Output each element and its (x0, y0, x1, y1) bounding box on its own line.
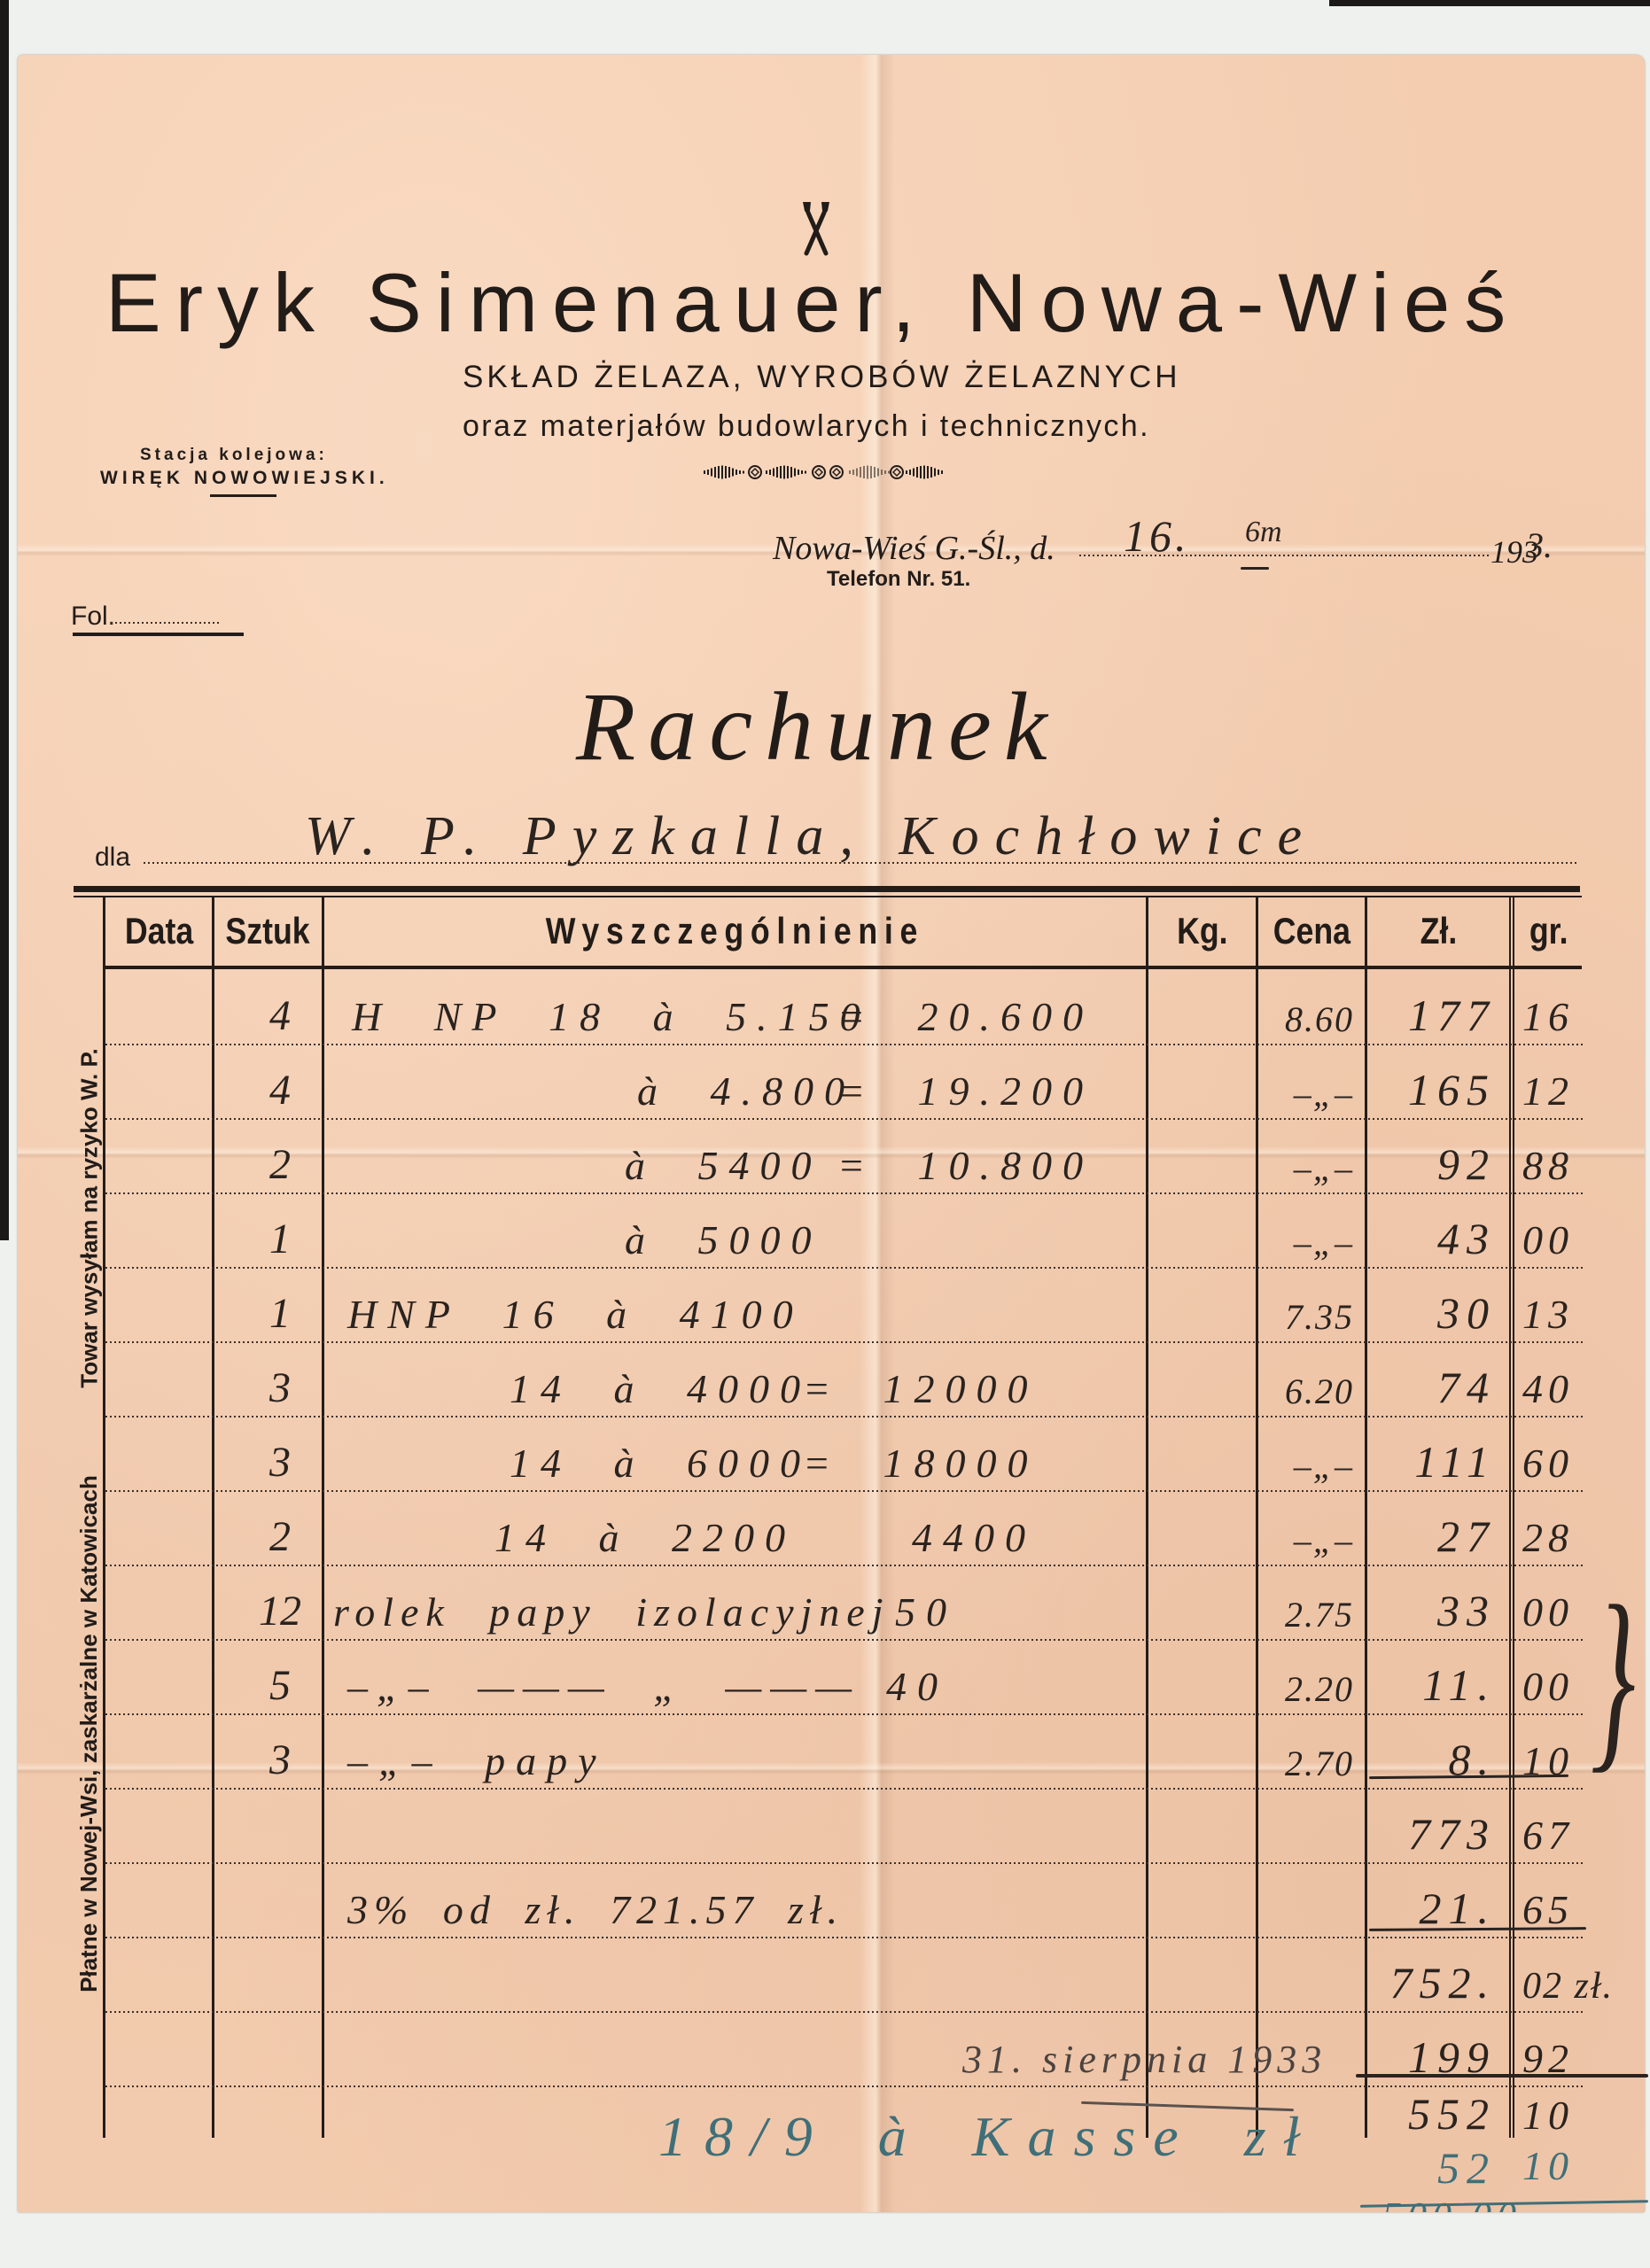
column-header-kg: Kg. (1148, 897, 1256, 966)
settlement-date: 31. sierpnia 1933 (962, 2040, 1327, 2079)
table-row-discount: 3% od zł. 721.57 zł. 21. 65 (0, 1863, 1650, 1938)
scanner-edge-top (1329, 0, 1650, 6)
total-grosz: 02 zł. (1522, 1968, 1614, 2005)
balance-grosz: 10 (1522, 2095, 1574, 2136)
month-dash (1241, 567, 1269, 570)
calculation-cell: = 18000 (803, 1443, 1039, 1484)
price-cell: –„– (1294, 1523, 1354, 1558)
discount-grosz: 65 (1522, 1890, 1574, 1930)
discount-description: 3% od zł. 721.57 zł. (347, 1890, 844, 1930)
folio-rule (73, 633, 244, 636)
company-line-1: SKŁAD ŻELAZA, WYROBÓW ŻELAZNYCH (463, 361, 1181, 392)
phone-number: Telefon Nr. 51. (827, 569, 970, 590)
quantity-cell: 3 (236, 1441, 324, 1484)
curly-brace-icon: } (1591, 1575, 1636, 1779)
grosz-cell: 88 (1522, 1146, 1574, 1186)
grosz-cell: 00 (1522, 1220, 1574, 1261)
description-cell: H NP 18 à 5.150 (352, 997, 871, 1037)
description-cell: 14 à 2200 (494, 1518, 796, 1558)
struck-amount: 500.00 (1382, 2197, 1522, 2212)
date-month: 6m (1245, 517, 1282, 548)
grosz-cell: 40 (1522, 1369, 1574, 1410)
zloty-cell: 92 (1437, 1142, 1496, 1186)
column-header-label: Sztuk (226, 913, 310, 950)
price-cell: –„– (1294, 1076, 1354, 1112)
description-cell: 14 à 4000 (510, 1369, 811, 1410)
description-cell: –„– papy (347, 1741, 607, 1782)
year-written: 3. (1526, 528, 1553, 563)
grosz-cell: 13 (1522, 1294, 1574, 1335)
table-row: 3 14 à 6000 = 18000 –„– 111 60 (0, 1417, 1650, 1491)
zloty-cell: 165 (1408, 1068, 1496, 1112)
table-row-total: 752. 02 zł. (0, 1938, 1650, 2012)
grosz-cell: 16 (1522, 997, 1574, 1037)
calculation-cell: = 19.200 (837, 1071, 1094, 1112)
balance-zloty: 552 (1408, 2092, 1496, 2136)
ornamental-rule-icon (702, 463, 944, 481)
calculation-cell: 50 (895, 1592, 957, 1633)
grosz-cell: 12 (1522, 1071, 1574, 1112)
company-name: Eryk Simenauer, Nowa-Wieś (105, 261, 1520, 345)
table-header-rule (104, 966, 1582, 969)
paid-zloty: 52 (1437, 2146, 1496, 2190)
calculation-cell: = 12000 (803, 1369, 1039, 1410)
quantity-cell: 1 (236, 1293, 324, 1335)
zloty-cell: 177 (1408, 993, 1496, 1037)
zloty-cell: 43 (1437, 1216, 1496, 1261)
description-cell: à 4.800 (637, 1071, 855, 1112)
zloty-cell: 74 (1437, 1365, 1496, 1410)
crossed-hammers-icon (800, 199, 832, 258)
grosz-cell: 60 (1522, 1443, 1574, 1484)
date-day: 16. (1124, 514, 1190, 558)
calculation-cell: 40 (886, 1666, 948, 1707)
calculation-cell: = 20.600 (837, 997, 1094, 1037)
struck-amount-clip: 500.00 (1382, 2197, 1595, 2212)
price-cell: –„– (1294, 1151, 1354, 1186)
quantity-cell: 3 (236, 1367, 324, 1410)
station-underline (210, 494, 276, 497)
price-cell: 8.60 (1285, 1002, 1354, 1037)
price-cell: 2.70 (1285, 1746, 1354, 1782)
table-row: 2 14 à 2200 4400 –„– 27 28 (0, 1491, 1650, 1565)
table-row: 4 à 4.800 = 19.200 –„– 165 12 (0, 1045, 1650, 1119)
quantity-cell: 1 (236, 1218, 324, 1261)
zloty-cell: 30 (1437, 1291, 1496, 1335)
quantity-cell: 12 (236, 1590, 324, 1633)
payment-zloty: 199 (1408, 2035, 1496, 2079)
quantity-cell: 4 (236, 995, 324, 1037)
column-header-description: Wyszczególnienie (324, 897, 1146, 966)
table-row: 1 à 5000 –„– 43 00 (0, 1193, 1650, 1268)
calculation-cell: = 10.800 (837, 1146, 1094, 1186)
zloty-cell: 111 (1414, 1440, 1496, 1484)
folio-dotted-line (111, 622, 219, 624)
column-header-label: Wyszczególnienie (546, 913, 924, 950)
column-header-label: Cena (1273, 913, 1350, 950)
table-row: 4 H NP 18 à 5.150 = 20.600 8.60 177 16 (0, 970, 1650, 1045)
column-header-label: Kg. (1177, 913, 1228, 950)
zloty-cell: 33 (1437, 1588, 1496, 1633)
subtotal-grosz: 67 (1522, 1815, 1574, 1856)
place-date-prefix: Nowa-Wieś G.-Śl., d. (773, 532, 1055, 565)
description-cell: à 5000 (625, 1220, 822, 1261)
quantity-cell: 2 (236, 1516, 324, 1558)
column-header-gr: gr. (1515, 897, 1582, 966)
column-header-sztuk: Sztuk (214, 897, 322, 966)
table-row: 5 –„– ——— „ ——— 40 2.20 11. 00 (0, 1640, 1650, 1714)
column-header-label: Data (125, 913, 193, 950)
paid-grosz: 10 (1522, 2146, 1574, 2186)
description-cell: –„– ——— „ ——— (347, 1666, 860, 1707)
price-cell: 7.35 (1285, 1300, 1354, 1335)
quantity-cell: 3 (236, 1739, 324, 1782)
table-row: 3 14 à 4000 = 12000 6.20 74 40 (0, 1342, 1650, 1417)
document-title: Rachunek (576, 678, 1060, 775)
balance-underline (1356, 2074, 1648, 2078)
station-name: WIRĘK NOWOWIEJSKI. (100, 469, 389, 487)
grosz-cell: 00 (1522, 1666, 1574, 1707)
recipient-label: dla (95, 844, 130, 871)
table-top-thick-rule (74, 886, 1580, 892)
total-zloty: 752. (1390, 1961, 1497, 2005)
subtotal-zloty: 773 (1408, 1812, 1496, 1856)
description-cell: rolek papy izolacyjnej (333, 1592, 891, 1633)
description-cell: HNP 16 à 4100 (347, 1294, 804, 1335)
price-cell: –„– (1294, 1449, 1354, 1484)
calculation-cell: 4400 (912, 1518, 1036, 1558)
company-line-2: oraz materjałów budowlarych i techniczny… (463, 411, 1150, 441)
recipient-name: W. P. Pyzkalla, Kochłowice (305, 809, 1318, 864)
station-label: Stacja kolejowa: (140, 447, 328, 463)
description-cell: 14 à 6000 (510, 1443, 811, 1484)
discount-zloty: 21. (1420, 1886, 1497, 1930)
table-row: 12 rolek papy izolacyjnej 50 2.75 33 00 (0, 1565, 1650, 1640)
grosz-cell: 00 (1522, 1592, 1574, 1633)
table-row: 2 à 5400 = 10.800 –„– 92 88 (0, 1119, 1650, 1193)
column-header-cena: Cena (1258, 897, 1365, 966)
column-header-zl: Zł. (1367, 897, 1509, 966)
column-header-label: Zł. (1420, 913, 1457, 950)
quantity-cell: 2 (236, 1144, 324, 1186)
folio-label: Fol. (71, 603, 115, 630)
payment-note: 18/9 à Kasse zł (658, 2109, 1317, 2165)
zloty-cell: 11. (1422, 1663, 1496, 1707)
price-cell: –„– (1294, 1225, 1354, 1261)
price-cell: 2.75 (1285, 1597, 1354, 1633)
quantity-cell: 5 (236, 1665, 324, 1707)
zloty-cell: 27 (1437, 1514, 1496, 1558)
column-header-label: gr. (1529, 913, 1568, 950)
description-cell: à 5400 (625, 1146, 822, 1186)
price-cell: 6.20 (1285, 1374, 1354, 1410)
grosz-cell: 28 (1522, 1518, 1574, 1558)
quantity-cell: 4 (236, 1069, 324, 1112)
table-row: 1 HNP 16 à 4100 7.35 30 13 (0, 1268, 1650, 1342)
price-cell: 2.20 (1285, 1672, 1354, 1707)
column-header-data: Data (105, 897, 213, 966)
table-row-subtotal: 773 67 (0, 1789, 1650, 1863)
